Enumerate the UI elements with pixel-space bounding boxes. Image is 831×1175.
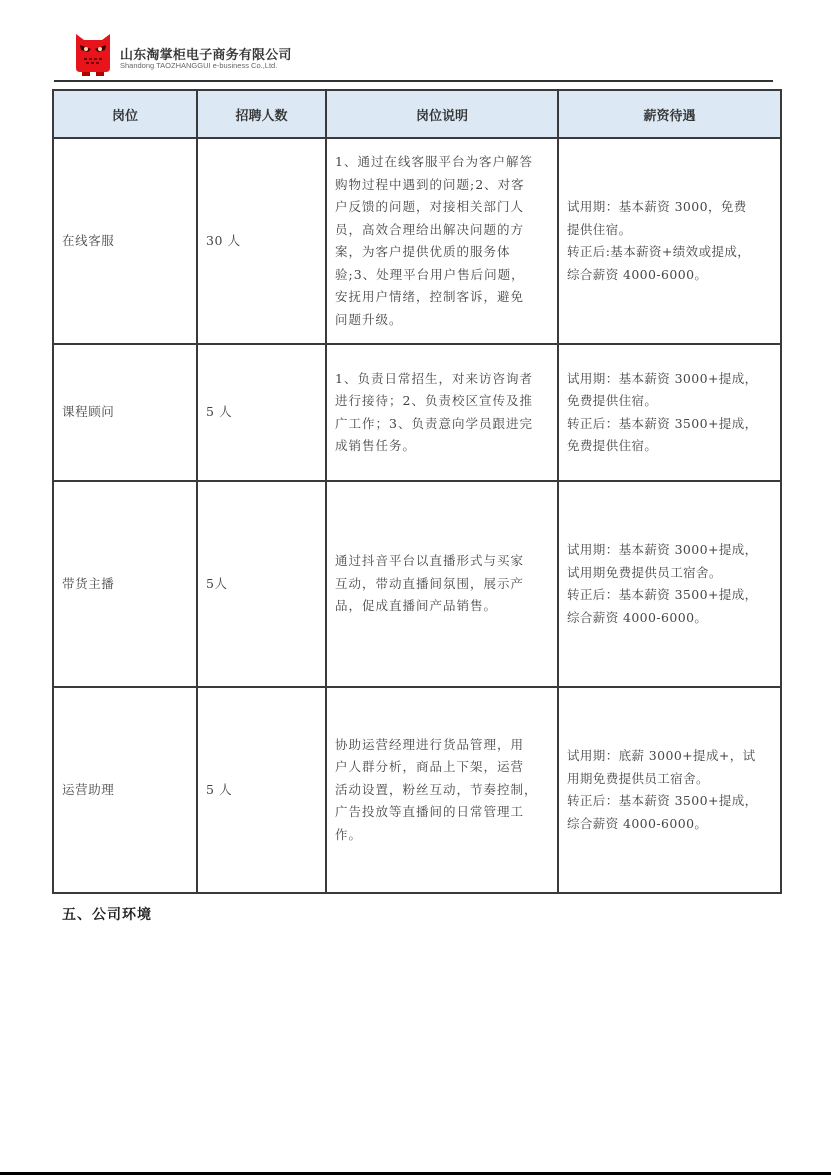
description-line: 验;3、处理平台用户售后问题， xyxy=(335,264,550,287)
description-line: 通过抖音平台以直播形式与买家 xyxy=(335,550,550,573)
position-cell: 运营助理 xyxy=(53,687,197,893)
salary-line: 试用期免费提供员工宿舍。 xyxy=(567,562,775,585)
position-cell: 带货主播 xyxy=(53,481,197,687)
salary-cell: 试用期：基本薪资 3000+提成， 免费提供住宿。 转正后：基本薪资 3500+… xyxy=(558,344,781,481)
description-line: 作。 xyxy=(335,824,550,847)
letterhead: 山东淘掌柜电子商务有限公司 Shandong TAOZHANGGUI e-bus… xyxy=(72,30,772,78)
description-line: 安抚用户情绪，控制客诉，避免 xyxy=(335,286,550,309)
table-row: 运营助理 5 人 协助运营经理进行货品管理，用 户人群分析，商品上下架，运营 活… xyxy=(53,687,781,893)
column-header-count: 招聘人数 xyxy=(197,90,326,138)
description-line: 进行接待；2、负责校区宣传及推 xyxy=(335,390,550,413)
salary-line: 转正后：基本薪资 3500+提成， xyxy=(567,584,775,607)
description-line: 活动设置，粉丝互动，节奏控制， xyxy=(335,779,550,802)
count-cell: 5人 xyxy=(197,481,326,687)
description-cell: 1、负责日常招生，对来访咨询者 进行接待；2、负责校区宣传及推 广工作；3、负责… xyxy=(326,344,558,481)
description-line: 案，为客户提供优质的服务体 xyxy=(335,241,550,264)
company-name-en: Shandong TAOZHANGGUI e-business Co.,Ltd. xyxy=(120,61,277,70)
table-row: 在线客服 30 人 1、通过在线客服平台为客户解答 购物过程中遇到的问题;2、对… xyxy=(53,138,781,344)
salary-line: 试用期：基本薪资 3000，免费 xyxy=(567,196,775,219)
salary-line: 用期免费提供员工宿舍。 xyxy=(567,768,775,791)
salary-line: 试用期：基本薪资 3000+提成， xyxy=(567,368,775,391)
salary-line: 综合薪资 4000-6000。 xyxy=(567,813,775,836)
description-cell: 1、通过在线客服平台为客户解答 购物过程中遇到的问题;2、对客 户反馈的问题，对… xyxy=(326,138,558,344)
count-cell: 5 人 xyxy=(197,687,326,893)
salary-line: 转正后：基本薪资 3500+提成， xyxy=(567,413,775,436)
salary-line: 免费提供住宿。 xyxy=(567,435,775,458)
section-heading-company-environment: 五、公司环境 xyxy=(62,904,152,924)
description-line: 户反馈的问题，对接相关部门人 xyxy=(335,196,550,219)
salary-cell: 试用期：基本薪资 3000，免费 提供住宿。 转正后:基本薪资+绩效或提成， 综… xyxy=(558,138,781,344)
description-line: 协助运营经理进行货品管理，用 xyxy=(335,734,550,757)
description-cell: 通过抖音平台以直播形式与买家 互动，带动直播间氛围，展示产 品，促成直播间产品销… xyxy=(326,481,558,687)
description-cell: 协助运营经理进行货品管理，用 户人群分析，商品上下架，运营 活动设置，粉丝互动，… xyxy=(326,687,558,893)
column-header-salary: 薪资待遇 xyxy=(558,90,781,138)
red-owl-logo-icon xyxy=(74,32,112,76)
salary-line: 提供住宿。 xyxy=(567,219,775,242)
count-cell: 30 人 xyxy=(197,138,326,344)
table-header-row: 岗位 招聘人数 岗位说明 薪资待遇 xyxy=(53,90,781,138)
description-line: 户人群分析，商品上下架，运营 xyxy=(335,756,550,779)
description-line: 互动，带动直播间氛围，展示产 xyxy=(335,573,550,596)
header-divider xyxy=(54,80,773,82)
description-line: 购物过程中遇到的问题;2、对客 xyxy=(335,174,550,197)
salary-line: 综合薪资 4000-6000。 xyxy=(567,264,775,287)
salary-line: 转正后：基本薪资 3500+提成， xyxy=(567,790,775,813)
column-header-position: 岗位 xyxy=(53,90,197,138)
count-cell: 5 人 xyxy=(197,344,326,481)
salary-cell: 试用期：底薪 3000+提成+，试 用期免费提供员工宿舍。 转正后：基本薪资 3… xyxy=(558,687,781,893)
salary-cell: 试用期：基本薪资 3000+提成， 试用期免费提供员工宿舍。 转正后：基本薪资 … xyxy=(558,481,781,687)
description-line: 成销售任务。 xyxy=(335,435,550,458)
salary-line: 免费提供住宿。 xyxy=(567,390,775,413)
table-row: 课程顾问 5 人 1、负责日常招生，对来访咨询者 进行接待；2、负责校区宣传及推… xyxy=(53,344,781,481)
salary-line: 转正后:基本薪资+绩效或提成， xyxy=(567,241,775,264)
description-line: 1、负责日常招生，对来访咨询者 xyxy=(335,368,550,391)
description-line: 品，促成直播间产品销售。 xyxy=(335,595,550,618)
description-line: 问题升级。 xyxy=(335,309,550,332)
salary-line: 试用期：基本薪资 3000+提成， xyxy=(567,539,775,562)
salary-line: 试用期：底薪 3000+提成+，试 xyxy=(567,745,775,768)
description-line: 1、通过在线客服平台为客户解答 xyxy=(335,151,550,174)
position-cell: 课程顾问 xyxy=(53,344,197,481)
position-cell: 在线客服 xyxy=(53,138,197,344)
table-row: 带货主播 5人 通过抖音平台以直播形式与买家 互动，带动直播间氛围，展示产 品，… xyxy=(53,481,781,687)
description-line: 员，高效合理给出解决问题的方 xyxy=(335,219,550,242)
salary-line: 综合薪资 4000-6000。 xyxy=(567,607,775,630)
description-line: 广工作；3、负责意向学员跟进完 xyxy=(335,413,550,436)
description-line: 广告投放等直播间的日常管理工 xyxy=(335,801,550,824)
recruitment-table: 岗位 招聘人数 岗位说明 薪资待遇 在线客服 30 人 1、通过在线客服平台为客… xyxy=(52,89,782,894)
column-header-description: 岗位说明 xyxy=(326,90,558,138)
